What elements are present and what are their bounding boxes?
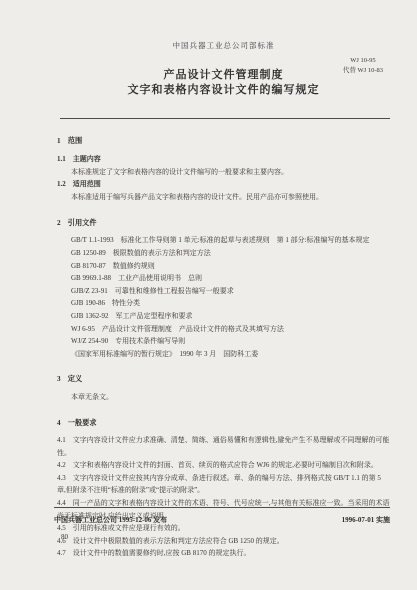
document-title: 产品设计文件管理制度 文字和表格内容设计文件的编写规定 (57, 68, 390, 97)
requirement-item: 4.1 文字内容设计文件应力求准确、清楚、简练、通俗易懂和有逻辑性,避免产生不易… (57, 434, 390, 459)
reference-item: 《国家军用标准编写的暂行规定》 1990 年 3 月 国防科工委 (57, 348, 390, 361)
page-number: 80 (61, 533, 390, 541)
document-body: 1 范围 1.1 主题内容 本标准规定了文字和表格内容的设计文件编写的一般要求和… (57, 135, 390, 560)
header-divider (60, 118, 390, 119)
reference-item: GJB 190-86 特性分类 (57, 297, 390, 310)
effective-date: 1996-07-01 实施 (342, 515, 390, 525)
section-3-heading: 3 定义 (57, 373, 390, 386)
superseded-standard: 代替 WJ 10-83 (343, 66, 383, 76)
reference-item: GB 8170-87 数值修约规则 (57, 260, 390, 273)
standard-number: WJ 10-95 (343, 56, 383, 66)
section-1-2-text: 本标准适用于编写兵器产品文字和表格内容的设计文件。民用产品亦可参照使用。 (57, 191, 390, 204)
issued-by-date: 中国兵器工业总公司 1995-12-06 发布 (54, 515, 167, 525)
title-line-2: 文字和表格内容设计文件的编写规定 (57, 83, 390, 98)
reference-item: WJ/Z 254-90 专用技术条件编写导则 (57, 335, 390, 348)
page-footer: 中国兵器工业总公司 1995-12-06 发布 1996-07-01 实施 80 (54, 507, 390, 541)
requirement-item: 4.7 设计文件中的数值需要修约时,应按 GB 8170 的规定执行。 (57, 547, 390, 560)
requirement-item: 4.2 文字和表格内容设计文件的封面、首页、续页的格式应符合 WJ6 的规定,必… (57, 459, 390, 472)
org-standard-label: 中国兵器工业总公司部标准 (57, 40, 390, 51)
reference-item: GB 1250-89 极限数值的表示方法和判定方法 (57, 247, 390, 260)
standard-number-block: WJ 10-95 代替 WJ 10-83 (343, 56, 383, 76)
section-1-1-text: 本标准规定了文字和表格内容的设计文件编写的一般要求和主要内容。 (57, 166, 390, 179)
document-page: 中国兵器工业总公司部标准 WJ 10-95 代替 WJ 10-83 产品设计文件… (0, 0, 417, 590)
reference-item: GB/T 1.1-1993 标准化工作导则第 1 单元:标准的起草与表述规则 第… (57, 234, 390, 247)
section-2-heading: 2 引用文件 (57, 217, 390, 230)
section-3-text: 本章无条文。 (57, 391, 390, 404)
section-4-heading: 4 一般要求 (57, 417, 390, 430)
reference-item: GJB 1362-92 军工产品定型程序和要求 (57, 310, 390, 323)
title-line-1: 产品设计文件管理制度 (57, 68, 390, 83)
requirement-item: 4.3 文字内容设计文件应按其内容分成章、条进行叙述。章、条的编号方法、排列格式… (57, 472, 390, 497)
reference-item: GJB/Z 23-91 可靠性和维修性工程报告编写一般要求 (57, 285, 390, 298)
reference-item: GB 9969.1-88 工业产品使用说明书 总则 (57, 272, 390, 285)
section-1-heading: 1 范围 (57, 135, 390, 148)
section-1-2-heading: 1.2 适用范围 (57, 178, 390, 191)
reference-item: WJ 6-95 产品设计文件管理制度 产品设计文件的格式及其填写方法 (57, 323, 390, 336)
section-1-1-heading: 1.1 主题内容 (57, 153, 390, 166)
footer-row: 中国兵器工业总公司 1995-12-06 发布 1996-07-01 实施 (54, 515, 390, 525)
